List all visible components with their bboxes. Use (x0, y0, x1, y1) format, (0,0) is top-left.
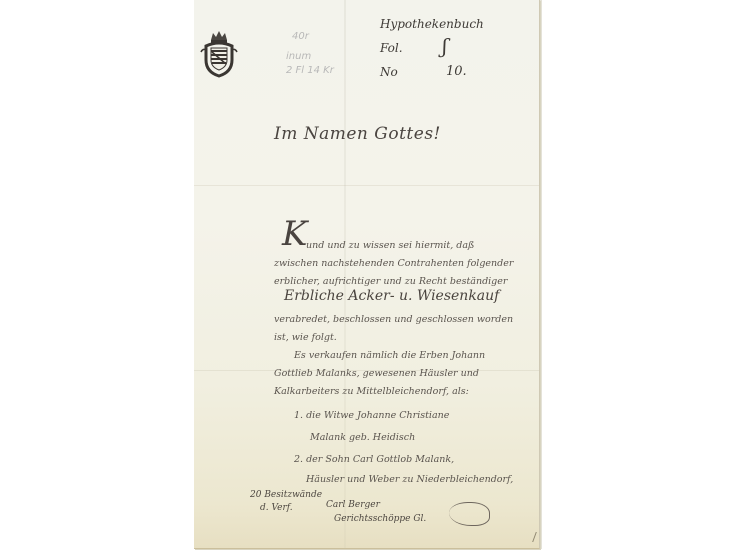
number-value: 10. (446, 60, 467, 84)
body-line: Häusler und Weber zu Niederbleichendorf, (306, 474, 513, 485)
register-title: Hypothekenbuch (380, 12, 484, 36)
body-line: Gottlieb Malanks, gewesenen Häusler und (274, 368, 479, 379)
body-line: erblicher, aufrichtiger und zu Recht bes… (274, 276, 507, 287)
pencil-note-1: 40r (292, 30, 309, 44)
register-header: Hypothekenbuch Fol. ʃ No 10. (380, 12, 484, 36)
document-page: 40r inum 2 Fl 14 Kr Hypothekenbuch Fol. … (194, 0, 540, 549)
body-line: zwischen nachstehenden Contrahenten folg… (274, 258, 513, 269)
body-line: und und zu wissen sei hiermit, daß (306, 240, 474, 251)
signature-right-1: Carl Berger (326, 500, 380, 510)
pencil-note-2: inum (286, 50, 311, 64)
signature-left-1: 20 Besitzwände (250, 490, 322, 500)
pencil-note-3: 2 Fl 14 Kr (286, 64, 334, 78)
body-line: Malank geb. Heidisch (310, 432, 415, 443)
corner-crease (526, 532, 537, 542)
body-line: 2. der Sohn Carl Gottlob Malank, (294, 454, 454, 465)
body-line: Es verkaufen nämlich die Erben Johann (294, 350, 485, 361)
number-label: No (380, 60, 398, 84)
body-line: verabredet, beschlossen und geschlossen … (274, 314, 513, 325)
crowned-coat-of-arms-icon (198, 30, 240, 80)
body-line: ist, wie folgt. (274, 332, 337, 343)
body-line-heading: Erbliche Acker- u. Wiesenkauf (284, 288, 499, 304)
signature-flourish (449, 502, 490, 526)
signature-left-2: d. Verf. (260, 503, 293, 513)
body-line: Kalkarbeiters zu Mittelbleichendorf, als… (274, 386, 469, 397)
document-title: Im Namen Gottes! (274, 124, 441, 144)
folio-value: ʃ (442, 34, 447, 58)
fold-line (194, 185, 539, 186)
decorated-initial: K (282, 214, 307, 254)
folio-label: Fol. (380, 36, 403, 60)
body-line: 1. die Witwe Johanne Christiane (294, 410, 449, 421)
signature-right-2: Gerichtsschöppe Gl. (334, 514, 426, 524)
